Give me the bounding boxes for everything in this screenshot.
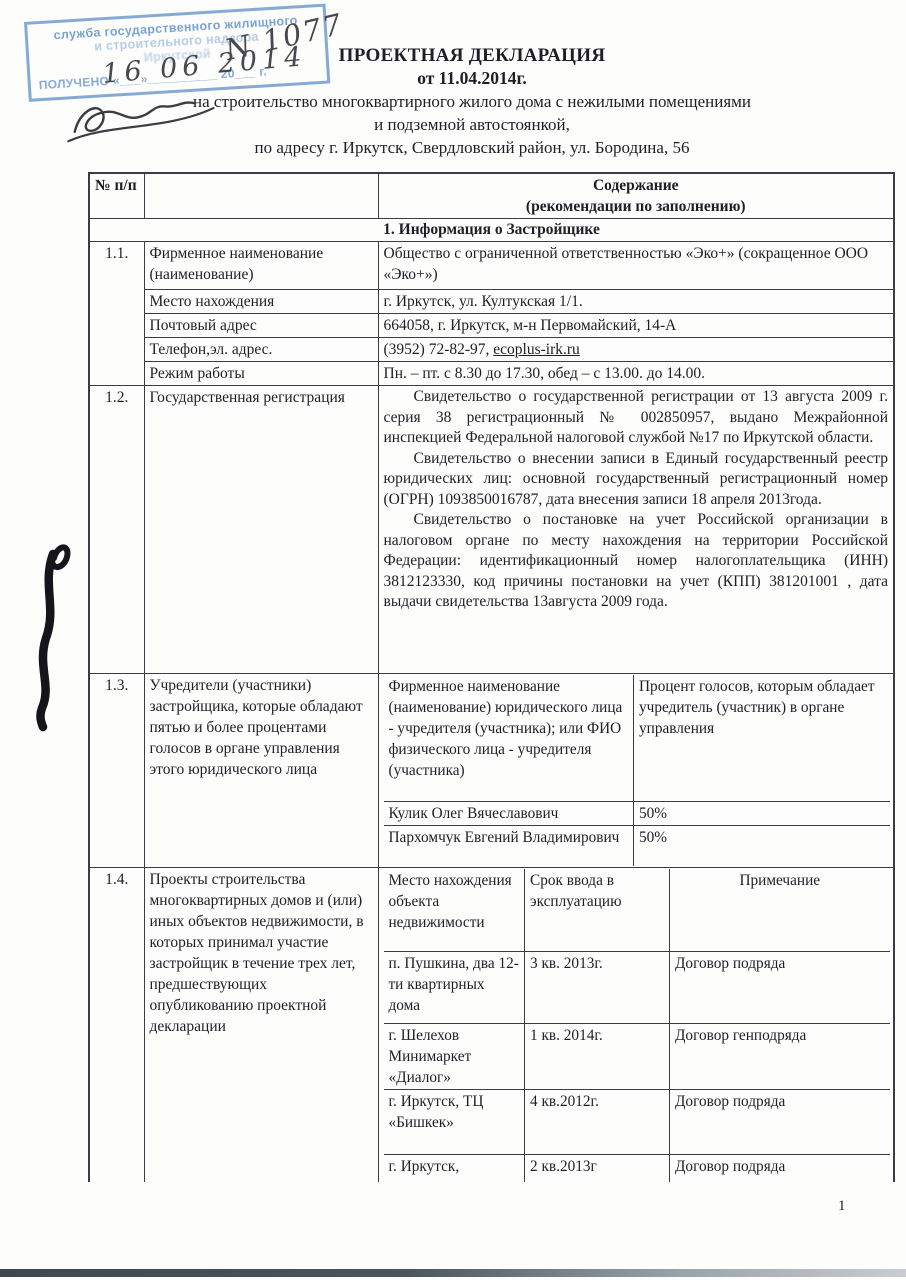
header-col-number: № п/п [89, 173, 144, 219]
founders-header-row: Фирменное наименование (наименование) юр… [384, 675, 890, 801]
row-13-label: Учредители (участники) застройщика, кото… [144, 674, 378, 868]
founder-percent-1: 50% [634, 801, 890, 825]
project-term-2: 1 кв. 2014г. [525, 1023, 670, 1089]
header-col-empty [144, 173, 378, 219]
project-term-4: 2 кв.2013г [525, 1154, 670, 1182]
projects-header-note: Примечание [670, 869, 890, 951]
ink-mark [24, 536, 84, 736]
row-11-label-hours: Режим работы [144, 362, 378, 386]
website-link: ecoplus-irk.ru [493, 341, 580, 358]
row-11-number: 1.1. [89, 242, 144, 386]
page-number: 1 [838, 1198, 846, 1215]
row-11-label-name: Фирменное наименование (наименование) [144, 242, 378, 290]
row-14-value: Место нахождения объекта недвижимости Ср… [378, 868, 894, 1183]
table-row: Место нахождения г. Иркутск, ул. Култукс… [89, 290, 894, 314]
projects-table: Место нахождения объекта недвижимости Ср… [384, 869, 890, 1182]
founder-row: Кулик Олег Вячеславович 50% [384, 801, 890, 825]
registration-paragraph-3: Свидетельство о постановке на учет Росси… [384, 510, 889, 613]
founder-row: Пархомчук Евгений Владимирович 50% [384, 825, 890, 866]
table-row: 1.4. Проекты строительства многоквартирн… [89, 868, 894, 1183]
table-row: Почтовый адрес 664058, г. Иркутск, м-н П… [89, 314, 894, 338]
project-note-2: Договор генподряда [670, 1023, 890, 1089]
phone-number: (3952) 72-82-97, [384, 341, 494, 358]
founder-percent-2: 50% [634, 825, 890, 866]
project-note-1: Договор подряда [670, 951, 890, 1023]
registration-paragraph-1: Свидетельство о государственной регистра… [384, 387, 889, 449]
project-term-1: 3 кв. 2013г. [525, 951, 670, 1023]
row-12-value: Свидетельство о государственной регистра… [378, 386, 894, 674]
table-row: 1.3. Учредители (участники) застройщика,… [89, 674, 894, 868]
declaration-table: № п/п Содержание (рекомендации по заполн… [88, 172, 897, 1182]
founder-name-2: Пархомчук Евгений Владимирович [384, 825, 634, 866]
projects-header-row: Место нахождения объекта недвижимости Ср… [384, 869, 890, 951]
row-11-value-name: Общество с ограниченной ответственностью… [378, 242, 894, 290]
row-14-number: 1.4. [89, 868, 144, 1183]
table-header-row: № п/п Содержание (рекомендации по заполн… [89, 173, 894, 219]
scanned-document-page: ПРОЕКТНАЯ ДЕКЛАРАЦИЯ от 11.04.2014г. на … [0, 0, 906, 1280]
project-row: г. Иркутск, ТЦ «Бишкек» 4 кв.2012г. Дого… [384, 1089, 890, 1154]
project-place-3: г. Иркутск, ТЦ «Бишкек» [384, 1089, 525, 1154]
row-11-label-postal: Почтовый адрес [144, 314, 378, 338]
project-note-3: Договор подряда [670, 1089, 890, 1154]
project-row: п. Пушкина, два 12-ти квартирных дома 3 … [384, 951, 890, 1023]
table-row: Режим работы Пн. – пт. с 8.30 до 17.30, … [89, 362, 894, 386]
project-place-4: г. Иркутск, многоуровневая [384, 1154, 525, 1182]
scan-edge-shadow [0, 1269, 906, 1277]
project-term-3: 4 кв.2012г. [525, 1089, 670, 1154]
project-row: г. Шелехов Минимаркет «Диалог» 1 кв. 201… [384, 1023, 890, 1089]
founders-table: Фирменное наименование (наименование) юр… [384, 675, 890, 866]
row-11-value-hours: Пн. – пт. с 8.30 до 17.30, обед – с 13.0… [378, 362, 894, 386]
project-note-4: Договор подряда [670, 1154, 890, 1182]
project-place-1: п. Пушкина, два 12-ти квартирных дома [384, 951, 525, 1023]
projects-header-place: Место нахождения объекта недвижимости [384, 869, 525, 951]
header-content-line1: Содержание [384, 175, 889, 196]
row-13-number: 1.3. [89, 674, 144, 868]
project-row: г. Иркутск, многоуровневая 2 кв.2013г До… [384, 1154, 890, 1182]
section-row: 1. Информация о Застройщике [89, 219, 894, 242]
project-place-2: г. Шелехов Минимаркет «Диалог» [384, 1023, 525, 1089]
table-row: Телефон,эл. адрес. (3952) 72-82-97, ecop… [89, 338, 894, 362]
row-13-value: Фирменное наименование (наименование) юр… [378, 674, 894, 868]
row-11-value-phone: (3952) 72-82-97, ecoplus-irk.ru [378, 338, 894, 362]
table-row: 1.2. Государственная регистрация Свидете… [89, 386, 894, 674]
header-col-content: Содержание (рекомендации по заполнению) [378, 173, 894, 219]
table-row: 1.1. Фирменное наименование (наименовани… [89, 242, 894, 290]
row-11-value-postal: 664058, г. Иркутск, м-н Первомайский, 14… [378, 314, 894, 338]
row-12-number: 1.2. [89, 386, 144, 674]
section-title: 1. Информация о Застройщике [89, 219, 894, 242]
row-11-value-location: г. Иркутск, ул. Култукская 1/1. [378, 290, 894, 314]
row-12-label: Государственная регистрация [144, 386, 378, 674]
row-14-label: Проекты строительства многоквартирных до… [144, 868, 378, 1183]
row-11-label-location: Место нахождения [144, 290, 378, 314]
founder-name-1: Кулик Олег Вячеславович [384, 801, 634, 825]
founders-header-percent: Процент голосов, которым обладает учреди… [634, 675, 890, 801]
projects-header-term: Срок ввода в эксплуатацию [525, 869, 670, 951]
founders-header-name: Фирменное наименование (наименование) юр… [384, 675, 634, 801]
registration-paragraph-2: Свидетельство о внесении записи в Единый… [384, 449, 889, 511]
row-11-label-phone: Телефон,эл. адрес. [144, 338, 378, 362]
header-content-line2: (рекомендации по заполнению) [384, 196, 889, 217]
